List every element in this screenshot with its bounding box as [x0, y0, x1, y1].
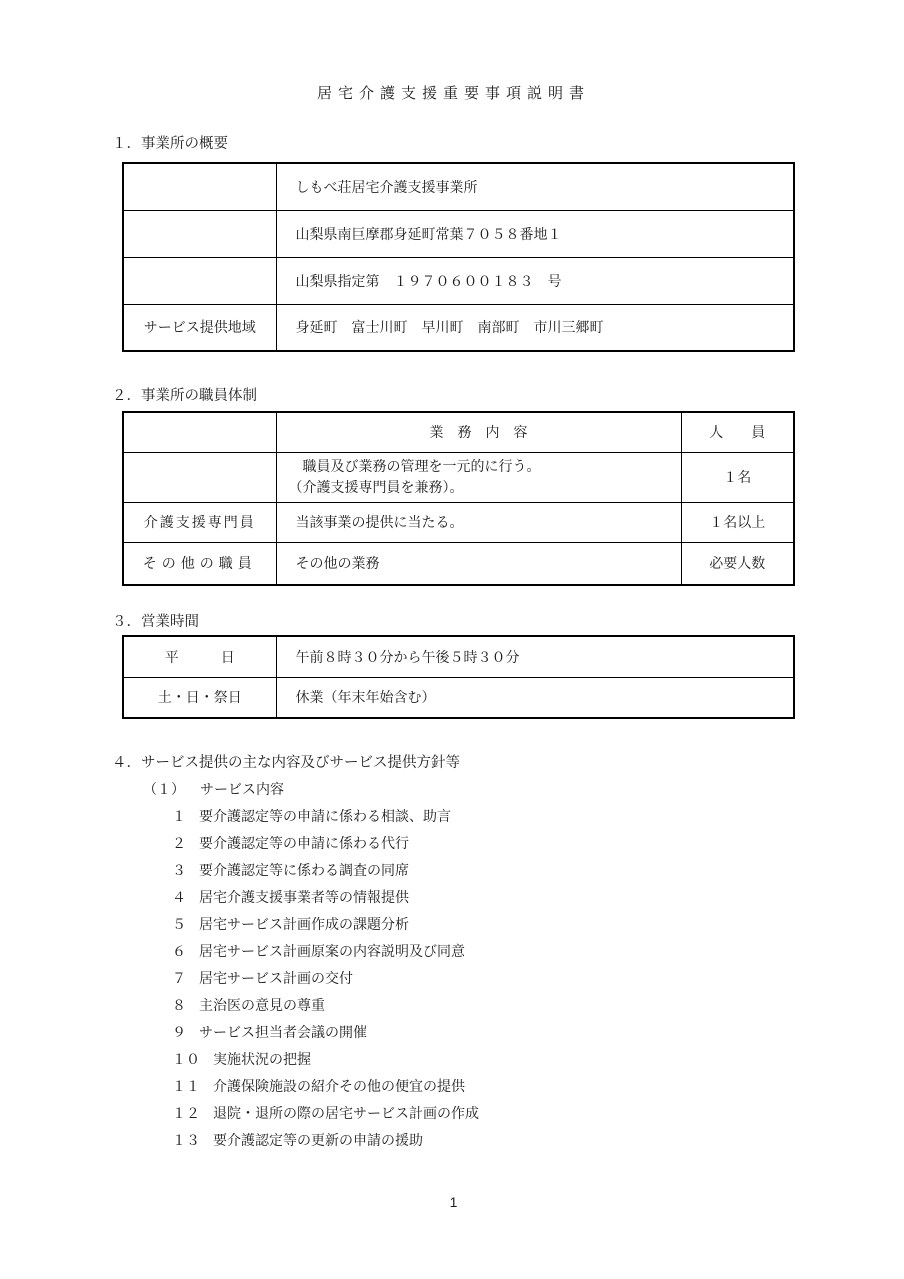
item-text: 居宅サービス計画作成の課題分析 [199, 916, 409, 932]
item-number: ６ [172, 938, 186, 965]
subheading-label: サービス内容 [200, 781, 284, 797]
section3-heading: ３．営業時間 [112, 610, 199, 631]
table-row: 平 日 午前８時３０分から午後５時３０分 [123, 636, 794, 677]
staff-structure-table: 業 務 内 容 人 員 職員及び業務の管理を一元的に行う。 （介護支援専門員を兼… [122, 411, 795, 586]
manager-count-cell: １名 [681, 452, 794, 502]
item-number: ７ [172, 965, 186, 992]
list-item: ９サービス担当者会議の開催 [172, 1019, 479, 1046]
staff-count-column-header: 人 員 [681, 412, 794, 452]
table-row: 職員及び業務の管理を一元的に行う。 （介護支援専門員を兼務）。 １名 [123, 452, 794, 502]
item-text: 居宅サービス計画の交付 [199, 970, 353, 986]
item-number: ４ [172, 884, 186, 911]
service-area-label: サービス提供地域 [123, 304, 276, 351]
care-manager-count-cell: １名以上 [681, 502, 794, 542]
item-text: サービス担当者会議の開催 [199, 1024, 367, 1040]
item-text: 居宅介護支援事業者等の情報提供 [199, 889, 409, 905]
document-title: 居宅介護支援重要事項説明書 [112, 82, 795, 103]
office-overview-table: しもべ荘居宅介護支援事業所 山梨県南巨摩郡身延町常葉７０５８番地１ 山梨県指定第… [122, 162, 795, 352]
list-item: ４居宅介護支援事業者等の情報提供 [172, 884, 479, 911]
other-staff-count-cell: 必要人数 [681, 542, 794, 585]
item-text: 居宅サービス計画原案の内容説明及び同意 [199, 943, 465, 959]
office-designation-value: 山梨県指定第 １９７０６００１８３ 号 [276, 257, 794, 304]
manager-duty-line1: 職員及び業務の管理を一元的に行う。 [289, 456, 681, 477]
page-number: 1 [112, 1194, 795, 1210]
item-number: １３ [172, 1127, 200, 1154]
section2-heading: ２．事業所の職員体制 [112, 384, 257, 405]
list-item: １２退院・退所の際の居宅サービス計画の作成 [172, 1100, 479, 1127]
list-item: ６居宅サービス計画原案の内容説明及び同意 [172, 938, 479, 965]
service-area-value: 身延町 富士川町 早川町 南部町 市川三郷町 [276, 304, 794, 351]
weekday-label-cell: 平 日 [123, 636, 276, 677]
document-page: 居宅介護支援重要事項説明書 １．事業所の概要 しもべ荘居宅介護支援事業所 山梨県… [0, 0, 904, 1279]
list-item: ５居宅サービス計画作成の課題分析 [172, 911, 479, 938]
item-text: 要介護認定等に係わる調査の同席 [199, 862, 409, 878]
item-number: ９ [172, 1019, 186, 1046]
care-manager-label-cell: 介護支援専門員 [123, 502, 276, 542]
other-staff-label-cell: その他の職員 [123, 542, 276, 585]
office-name-label-cell [123, 163, 276, 210]
item-text: 実施状況の把握 [213, 1051, 311, 1067]
item-number: １０ [172, 1046, 200, 1073]
section1-heading: １．事業所の概要 [112, 132, 228, 153]
item-text: 退院・退所の際の居宅サービス計画の作成 [213, 1105, 479, 1121]
table-row: 山梨県指定第 １９７０６００１８３ 号 [123, 257, 794, 304]
manager-label-cell [123, 452, 276, 502]
subheading-number: （１） [143, 781, 185, 797]
business-hours-table: 平 日 午前８時３０分から午後５時３０分 土・日・祭日 休業（年末年始含む） [122, 635, 795, 719]
table-row: しもべ荘居宅介護支援事業所 [123, 163, 794, 210]
manager-duty-cell: 職員及び業務の管理を一元的に行う。 （介護支援専門員を兼務）。 [276, 452, 681, 502]
item-text: 要介護認定等の更新の申請の援助 [213, 1132, 423, 1148]
item-number: ８ [172, 992, 186, 1019]
list-item: ３要介護認定等に係わる調査の同席 [172, 857, 479, 884]
list-item: １１介護保険施設の紹介その他の便宜の提供 [172, 1073, 479, 1100]
weekend-hours-value: 休業（年末年始含む） [276, 677, 794, 718]
table-row: 山梨県南巨摩郡身延町常葉７０５８番地１ [123, 210, 794, 257]
item-number: ２ [172, 830, 186, 857]
list-item: ８主治医の意見の尊重 [172, 992, 479, 1019]
table-row: サービス提供地域 身延町 富士川町 早川町 南部町 市川三郷町 [123, 304, 794, 351]
item-text: 要介護認定等の申請に係わる相談、助言 [199, 808, 451, 824]
duty-column-header: 業 務 内 容 [276, 412, 681, 452]
list-item: １３要介護認定等の更新の申請の援助 [172, 1127, 479, 1154]
office-address-value: 山梨県南巨摩郡身延町常葉７０５８番地１ [276, 210, 794, 257]
list-item: １０実施状況の把握 [172, 1046, 479, 1073]
section4-heading: ４．サービス提供の主な内容及びサービス提供方針等 [112, 751, 460, 772]
item-number: １２ [172, 1100, 200, 1127]
other-staff-duty-cell: その他の業務 [276, 542, 681, 585]
item-number: １１ [172, 1073, 200, 1100]
table-header-row: 業 務 内 容 人 員 [123, 412, 794, 452]
service-items-list: １要介護認定等の申請に係わる相談、助言 ２要介護認定等の申請に係わる代行 ３要介… [172, 803, 479, 1154]
item-text: 要介護認定等の申請に係わる代行 [199, 835, 409, 851]
item-text: 介護保険施設の紹介その他の便宜の提供 [213, 1078, 465, 1094]
table-row: 土・日・祭日 休業（年末年始含む） [123, 677, 794, 718]
list-item: ７居宅サービス計画の交付 [172, 965, 479, 992]
service-content-subheading: （１）サービス内容 [143, 779, 284, 799]
office-address-label-cell [123, 210, 276, 257]
manager-duty-line2: （介護支援専門員を兼務）。 [289, 477, 681, 498]
care-manager-duty-cell: 当該事業の提供に当たる。 [276, 502, 681, 542]
item-number: １ [172, 803, 186, 830]
list-item: １要介護認定等の申請に係わる相談、助言 [172, 803, 479, 830]
office-designation-label-cell [123, 257, 276, 304]
list-item: ２要介護認定等の申請に係わる代行 [172, 830, 479, 857]
table-row: 介護支援専門員 当該事業の提供に当たる。 １名以上 [123, 502, 794, 542]
weekend-label-cell: 土・日・祭日 [123, 677, 276, 718]
item-text: 主治医の意見の尊重 [199, 997, 325, 1013]
empty-header-cell [123, 412, 276, 452]
table-row: その他の職員 その他の業務 必要人数 [123, 542, 794, 585]
item-number: ３ [172, 857, 186, 884]
weekday-hours-value: 午前８時３０分から午後５時３０分 [276, 636, 794, 677]
office-name-value: しもべ荘居宅介護支援事業所 [276, 163, 794, 210]
item-number: ５ [172, 911, 186, 938]
